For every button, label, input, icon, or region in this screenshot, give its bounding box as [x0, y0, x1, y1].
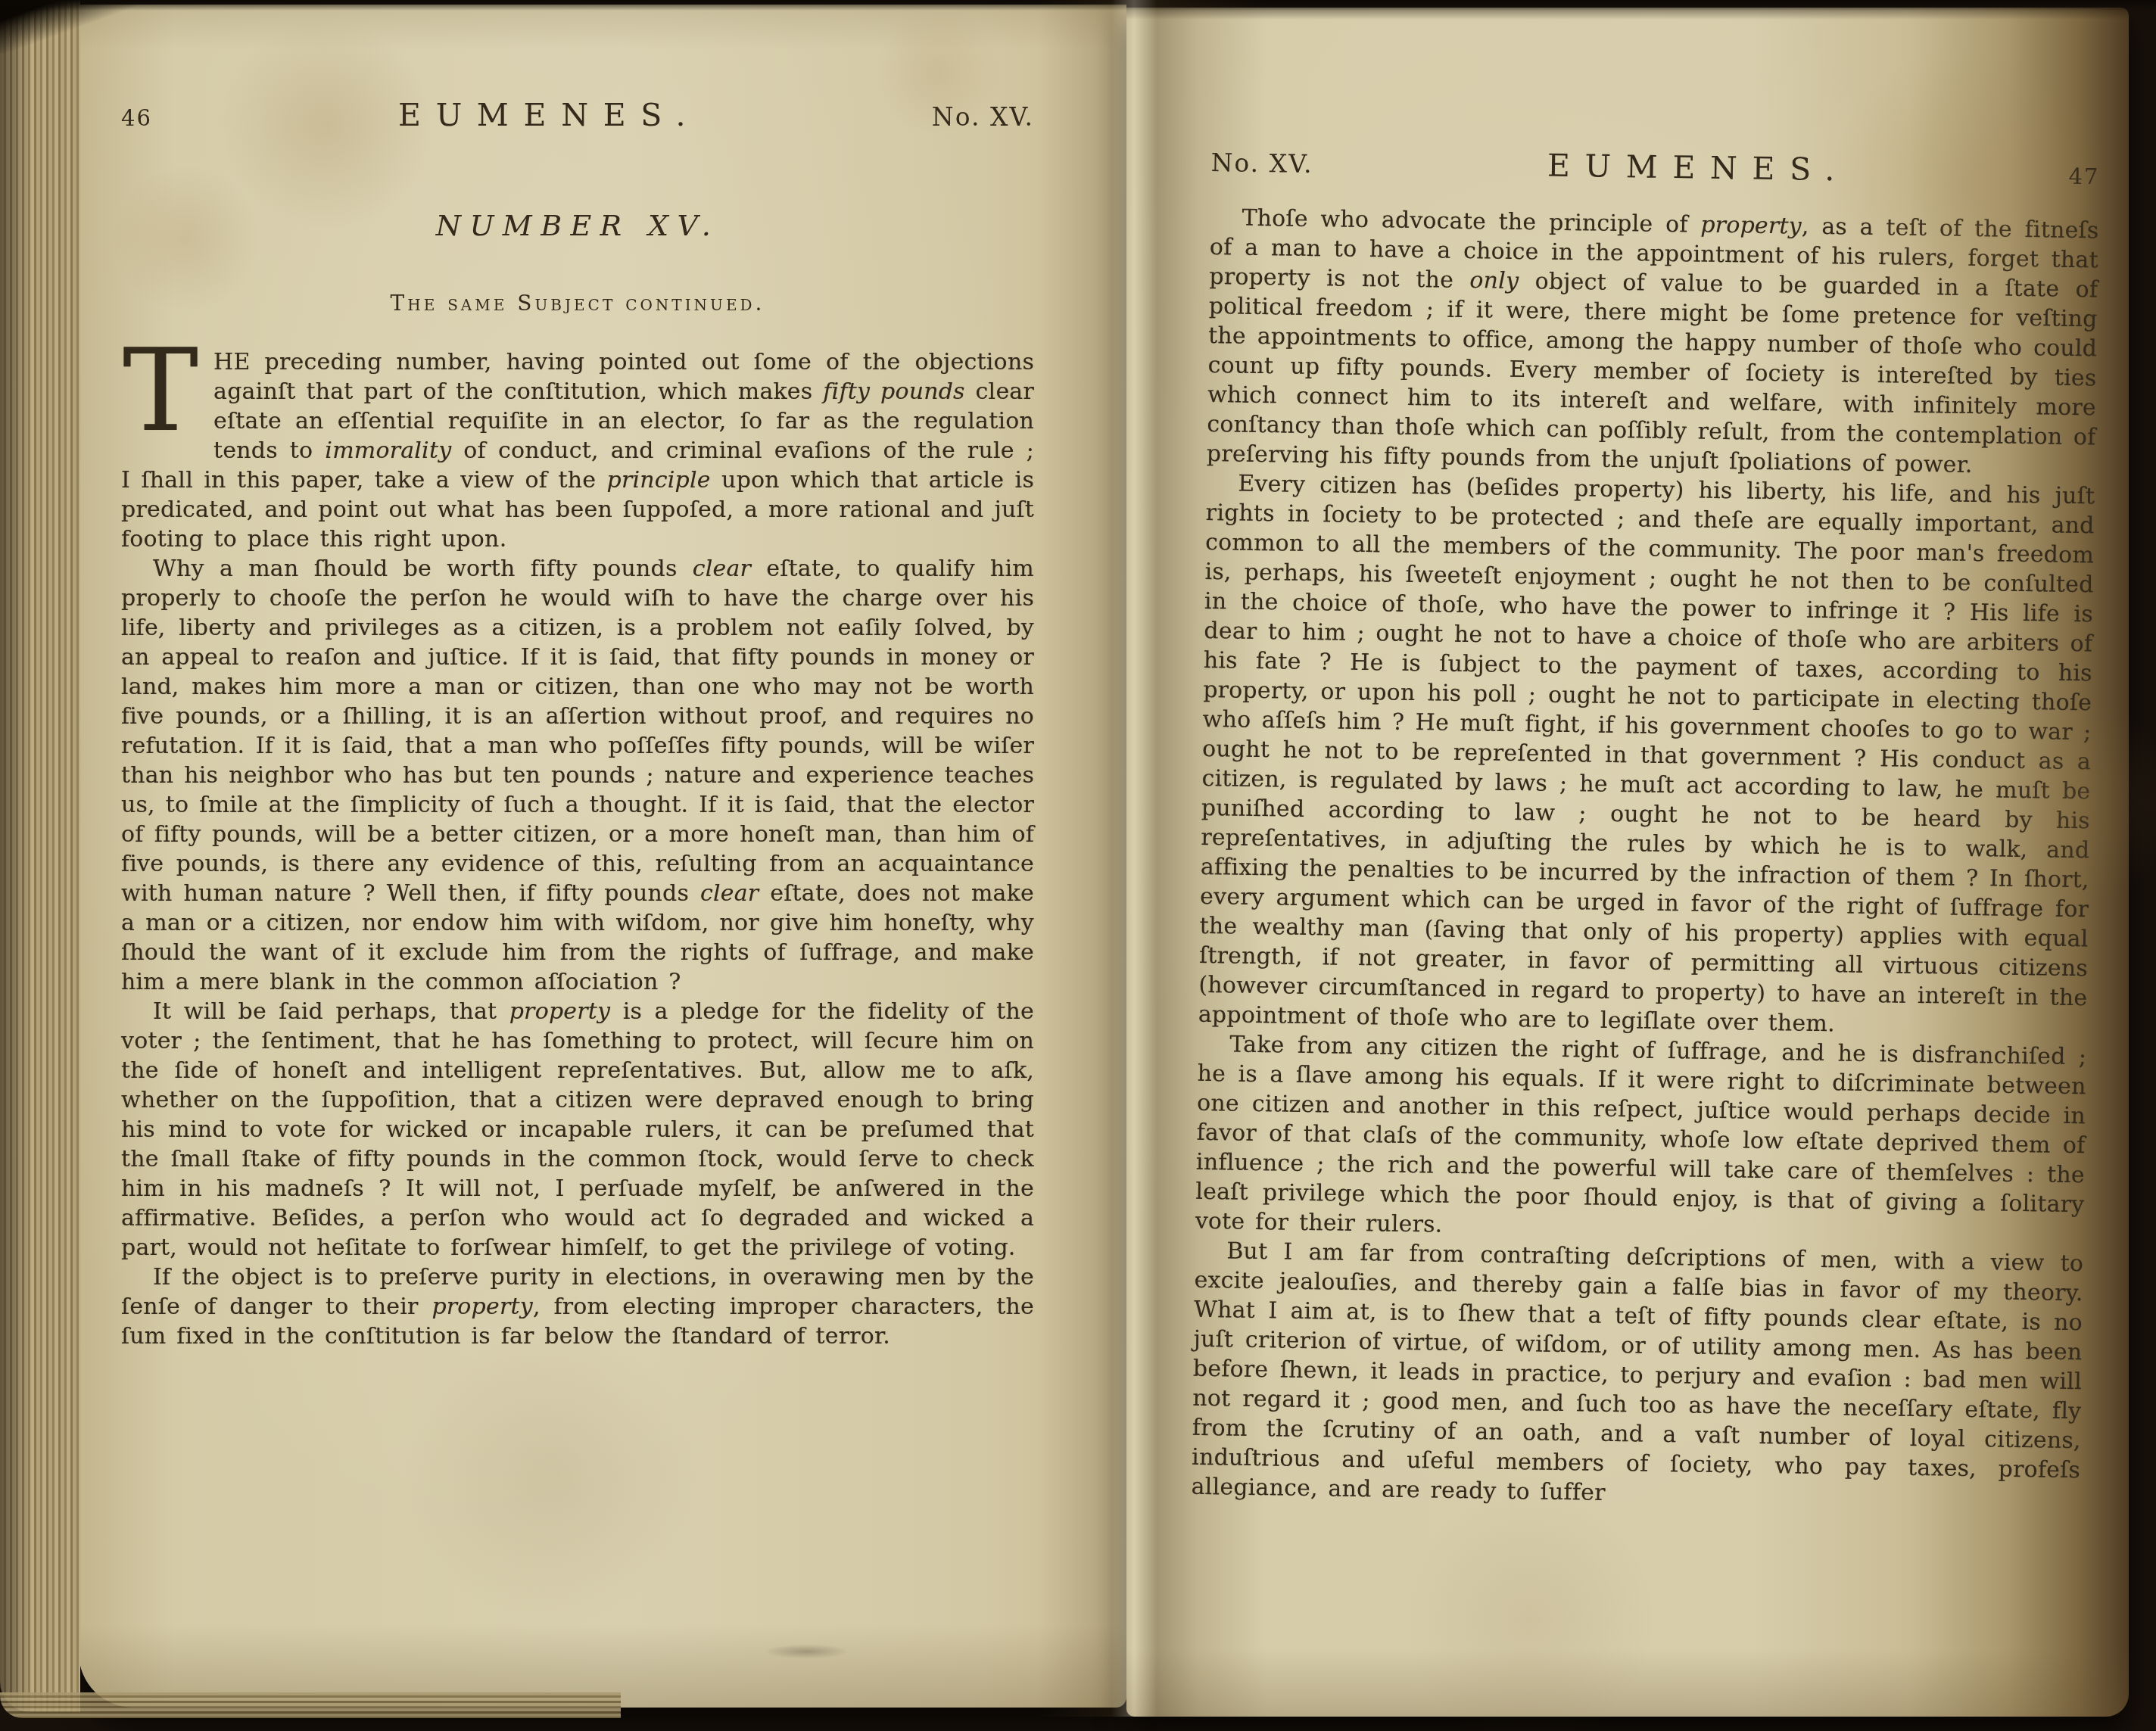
right-page-body: Thoſe who advocate the principle of prop…	[1191, 203, 2098, 1515]
left-page-number: 46	[121, 105, 152, 131]
paragraph: THE preceding number, having pointed out…	[121, 347, 1034, 554]
italic-text: property	[432, 1294, 533, 1320]
italic-text: immorality	[325, 437, 451, 464]
left-page-text: 46 EUMENES. No. XV. NUMBER XV. The same …	[121, 97, 1034, 1351]
right-running-title: EUMENES.	[1532, 147, 1850, 188]
body-text: It will be ſaid perhaps, that	[153, 998, 509, 1025]
section-title: NUMBER XV.	[121, 209, 1034, 242]
body-text: But I am far from contraſting deſcriptio…	[1191, 1238, 2083, 1505]
paragraph: Take from any citizen the right of ſuffr…	[1195, 1029, 2087, 1249]
right-issue-number: No. XV.	[1210, 148, 1313, 179]
paragraph: But I am far from contraſting deſcriptio…	[1191, 1236, 2083, 1515]
body-text: eſtate, to qualify him properly to chooſ…	[121, 556, 1034, 907]
right-page-number: 47	[2068, 163, 2099, 190]
paragraph: Every citizen has (beſides property) his…	[1198, 469, 2095, 1042]
section-subtitle: The same Subject continued.	[121, 291, 1034, 316]
left-running-title: EUMENES.	[383, 97, 700, 133]
body-text: is a pledge for the fidelity of the vote…	[121, 998, 1034, 1261]
italic-text: only	[1469, 267, 1519, 294]
page-fore-edge-stack	[0, 0, 80, 1712]
italic-text: property	[509, 998, 611, 1025]
body-text: Every citizen has (beſides property) his…	[1198, 471, 2095, 1038]
body-text: Why a man ſhould be worth fifty pounds	[153, 556, 693, 582]
body-text: object of value to be guarded in a ſtate…	[1207, 268, 2098, 478]
italic-text: property	[1700, 212, 1802, 240]
italic-text: clear	[700, 880, 759, 907]
body-text: Take from any citizen the right of ſuffr…	[1195, 1031, 2087, 1238]
book-scan: 46 EUMENES. No. XV. NUMBER XV. The same …	[0, 0, 2156, 1731]
drop-cap-letter: T	[123, 351, 198, 439]
paragraph: If the object is to preſerve purity in e…	[121, 1262, 1034, 1351]
left-issue-number: No. XV.	[932, 102, 1034, 132]
italic-text: clear	[693, 556, 751, 582]
paragraph: Thoſe who advocate the principle of prop…	[1207, 203, 2099, 481]
italic-text: fifty pounds	[823, 378, 964, 405]
paragraph: It will be ſaid perhaps, that property i…	[121, 997, 1034, 1262]
body-text: Thoſe who advocate the principle of	[1242, 205, 1700, 238]
bottom-page-edges	[0, 1692, 621, 1718]
paragraph: Why a man ſhould be worth fifty pounds c…	[121, 554, 1034, 997]
right-page-text: No. XV. EUMENES. 47 Thoſe who advocate t…	[1191, 142, 2100, 1515]
left-page-body: THE preceding number, having pointed out…	[121, 347, 1034, 1351]
top-edge-shadow	[0, 0, 2156, 11]
left-running-head: 46 EUMENES. No. XV.	[121, 97, 1034, 132]
italic-text: principle	[607, 467, 711, 493]
